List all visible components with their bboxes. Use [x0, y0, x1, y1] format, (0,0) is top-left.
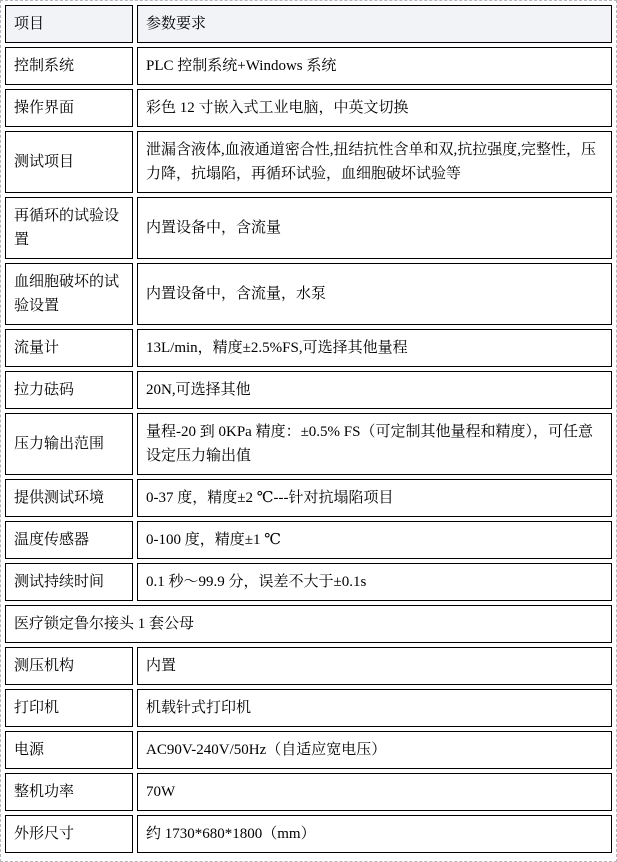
table-row: 流量计 13L/min，精度±2.5%FS,可选择其他量程 [5, 329, 612, 367]
spec-value-cell: 20N,可选择其他 [137, 371, 612, 409]
spec-item-cell: 温度传感器 [5, 521, 133, 559]
table-row: 控制系统 PLC 控制系统+Windows 系统 [5, 47, 612, 85]
table-row: 提供测试环境 0-37 度，精度±2 ℃---针对抗塌陷项目 [5, 479, 612, 517]
spec-value-cell: 内置设备中，含流量 [137, 197, 612, 259]
table-row: 温度传感器 0-100 度，精度±1 ℃ [5, 521, 612, 559]
table-row: 外形尺寸 约 1730*680*1800（mm） [5, 815, 612, 853]
spec-value-cell: 内置 [137, 647, 612, 685]
table-header-row: 项目 参数要求 [5, 5, 612, 43]
spec-sheet-page: 项目 参数要求 控制系统 PLC 控制系统+Windows 系统 操作界面 彩色… [0, 0, 617, 862]
spec-item-cell: 拉力砝码 [5, 371, 133, 409]
spec-value-cell: AC90V-240V/50Hz（自适应宽电压） [137, 731, 612, 769]
spec-item-cell: 流量计 [5, 329, 133, 367]
table-row: 测压机构 内置 [5, 647, 612, 685]
spec-item-cell: 整机功率 [5, 773, 133, 811]
spec-value-cell: 0-100 度，精度±1 ℃ [137, 521, 612, 559]
spec-item-cell: 再循环的试验设置 [5, 197, 133, 259]
spec-value-cell: 量程-20 到 0KPa 精度：±0.5% FS（可定制其他量程和精度），可任意… [137, 413, 612, 475]
spec-span-cell: 医疗锁定鲁尔接头 1 套公母 [5, 605, 612, 643]
table-row: 测试持续时间 0.1 秒～99.9 分，误差不大于±0.1s [5, 563, 612, 601]
table-row: 再循环的试验设置 内置设备中，含流量 [5, 197, 612, 259]
spec-item-cell: 外形尺寸 [5, 815, 133, 853]
spec-item-cell: 测试持续时间 [5, 563, 133, 601]
table-row: 血细胞破坏的试验设置 内置设备中，含流量，水泵 [5, 263, 612, 325]
spec-value-cell: 0-37 度，精度±2 ℃---针对抗塌陷项目 [137, 479, 612, 517]
header-value-cell: 参数要求 [137, 5, 612, 43]
spec-value-cell: 泄漏含液体,血液通道密合性,扭结抗性含单和双,抗拉强度,完整性，压力降，抗塌陷，… [137, 131, 612, 193]
spec-item-cell: 打印机 [5, 689, 133, 727]
header-item-cell: 项目 [5, 5, 133, 43]
spec-item-cell: 操作界面 [5, 89, 133, 127]
table-row-fullwidth: 医疗锁定鲁尔接头 1 套公母 [5, 605, 612, 643]
spec-item-cell: 提供测试环境 [5, 479, 133, 517]
spec-item-cell: 测压机构 [5, 647, 133, 685]
table-row: 整机功率 70W [5, 773, 612, 811]
spec-item-cell: 控制系统 [5, 47, 133, 85]
table-row: 操作界面 彩色 12 寸嵌入式工业电脑，中英文切换 [5, 89, 612, 127]
spec-value-cell: 70W [137, 773, 612, 811]
spec-value-cell: 内置设备中，含流量，水泵 [137, 263, 612, 325]
spec-table: 项目 参数要求 控制系统 PLC 控制系统+Windows 系统 操作界面 彩色… [1, 1, 616, 857]
table-row: 电源 AC90V-240V/50Hz（自适应宽电压） [5, 731, 612, 769]
spec-item-cell: 血细胞破坏的试验设置 [5, 263, 133, 325]
spec-item-cell: 测试项目 [5, 131, 133, 193]
table-row: 打印机 机载针式打印机 [5, 689, 612, 727]
spec-value-cell: 13L/min，精度±2.5%FS,可选择其他量程 [137, 329, 612, 367]
spec-item-cell: 电源 [5, 731, 133, 769]
table-row: 拉力砝码 20N,可选择其他 [5, 371, 612, 409]
table-row: 压力输出范围 量程-20 到 0KPa 精度：±0.5% FS（可定制其他量程和… [5, 413, 612, 475]
spec-value-cell: PLC 控制系统+Windows 系统 [137, 47, 612, 85]
spec-item-cell: 压力输出范围 [5, 413, 133, 475]
spec-value-cell: 0.1 秒～99.9 分，误差不大于±0.1s [137, 563, 612, 601]
spec-value-cell: 彩色 12 寸嵌入式工业电脑，中英文切换 [137, 89, 612, 127]
spec-value-cell: 机载针式打印机 [137, 689, 612, 727]
spec-value-cell: 约 1730*680*1800（mm） [137, 815, 612, 853]
table-row: 测试项目 泄漏含液体,血液通道密合性,扭结抗性含单和双,抗拉强度,完整性，压力降… [5, 131, 612, 193]
